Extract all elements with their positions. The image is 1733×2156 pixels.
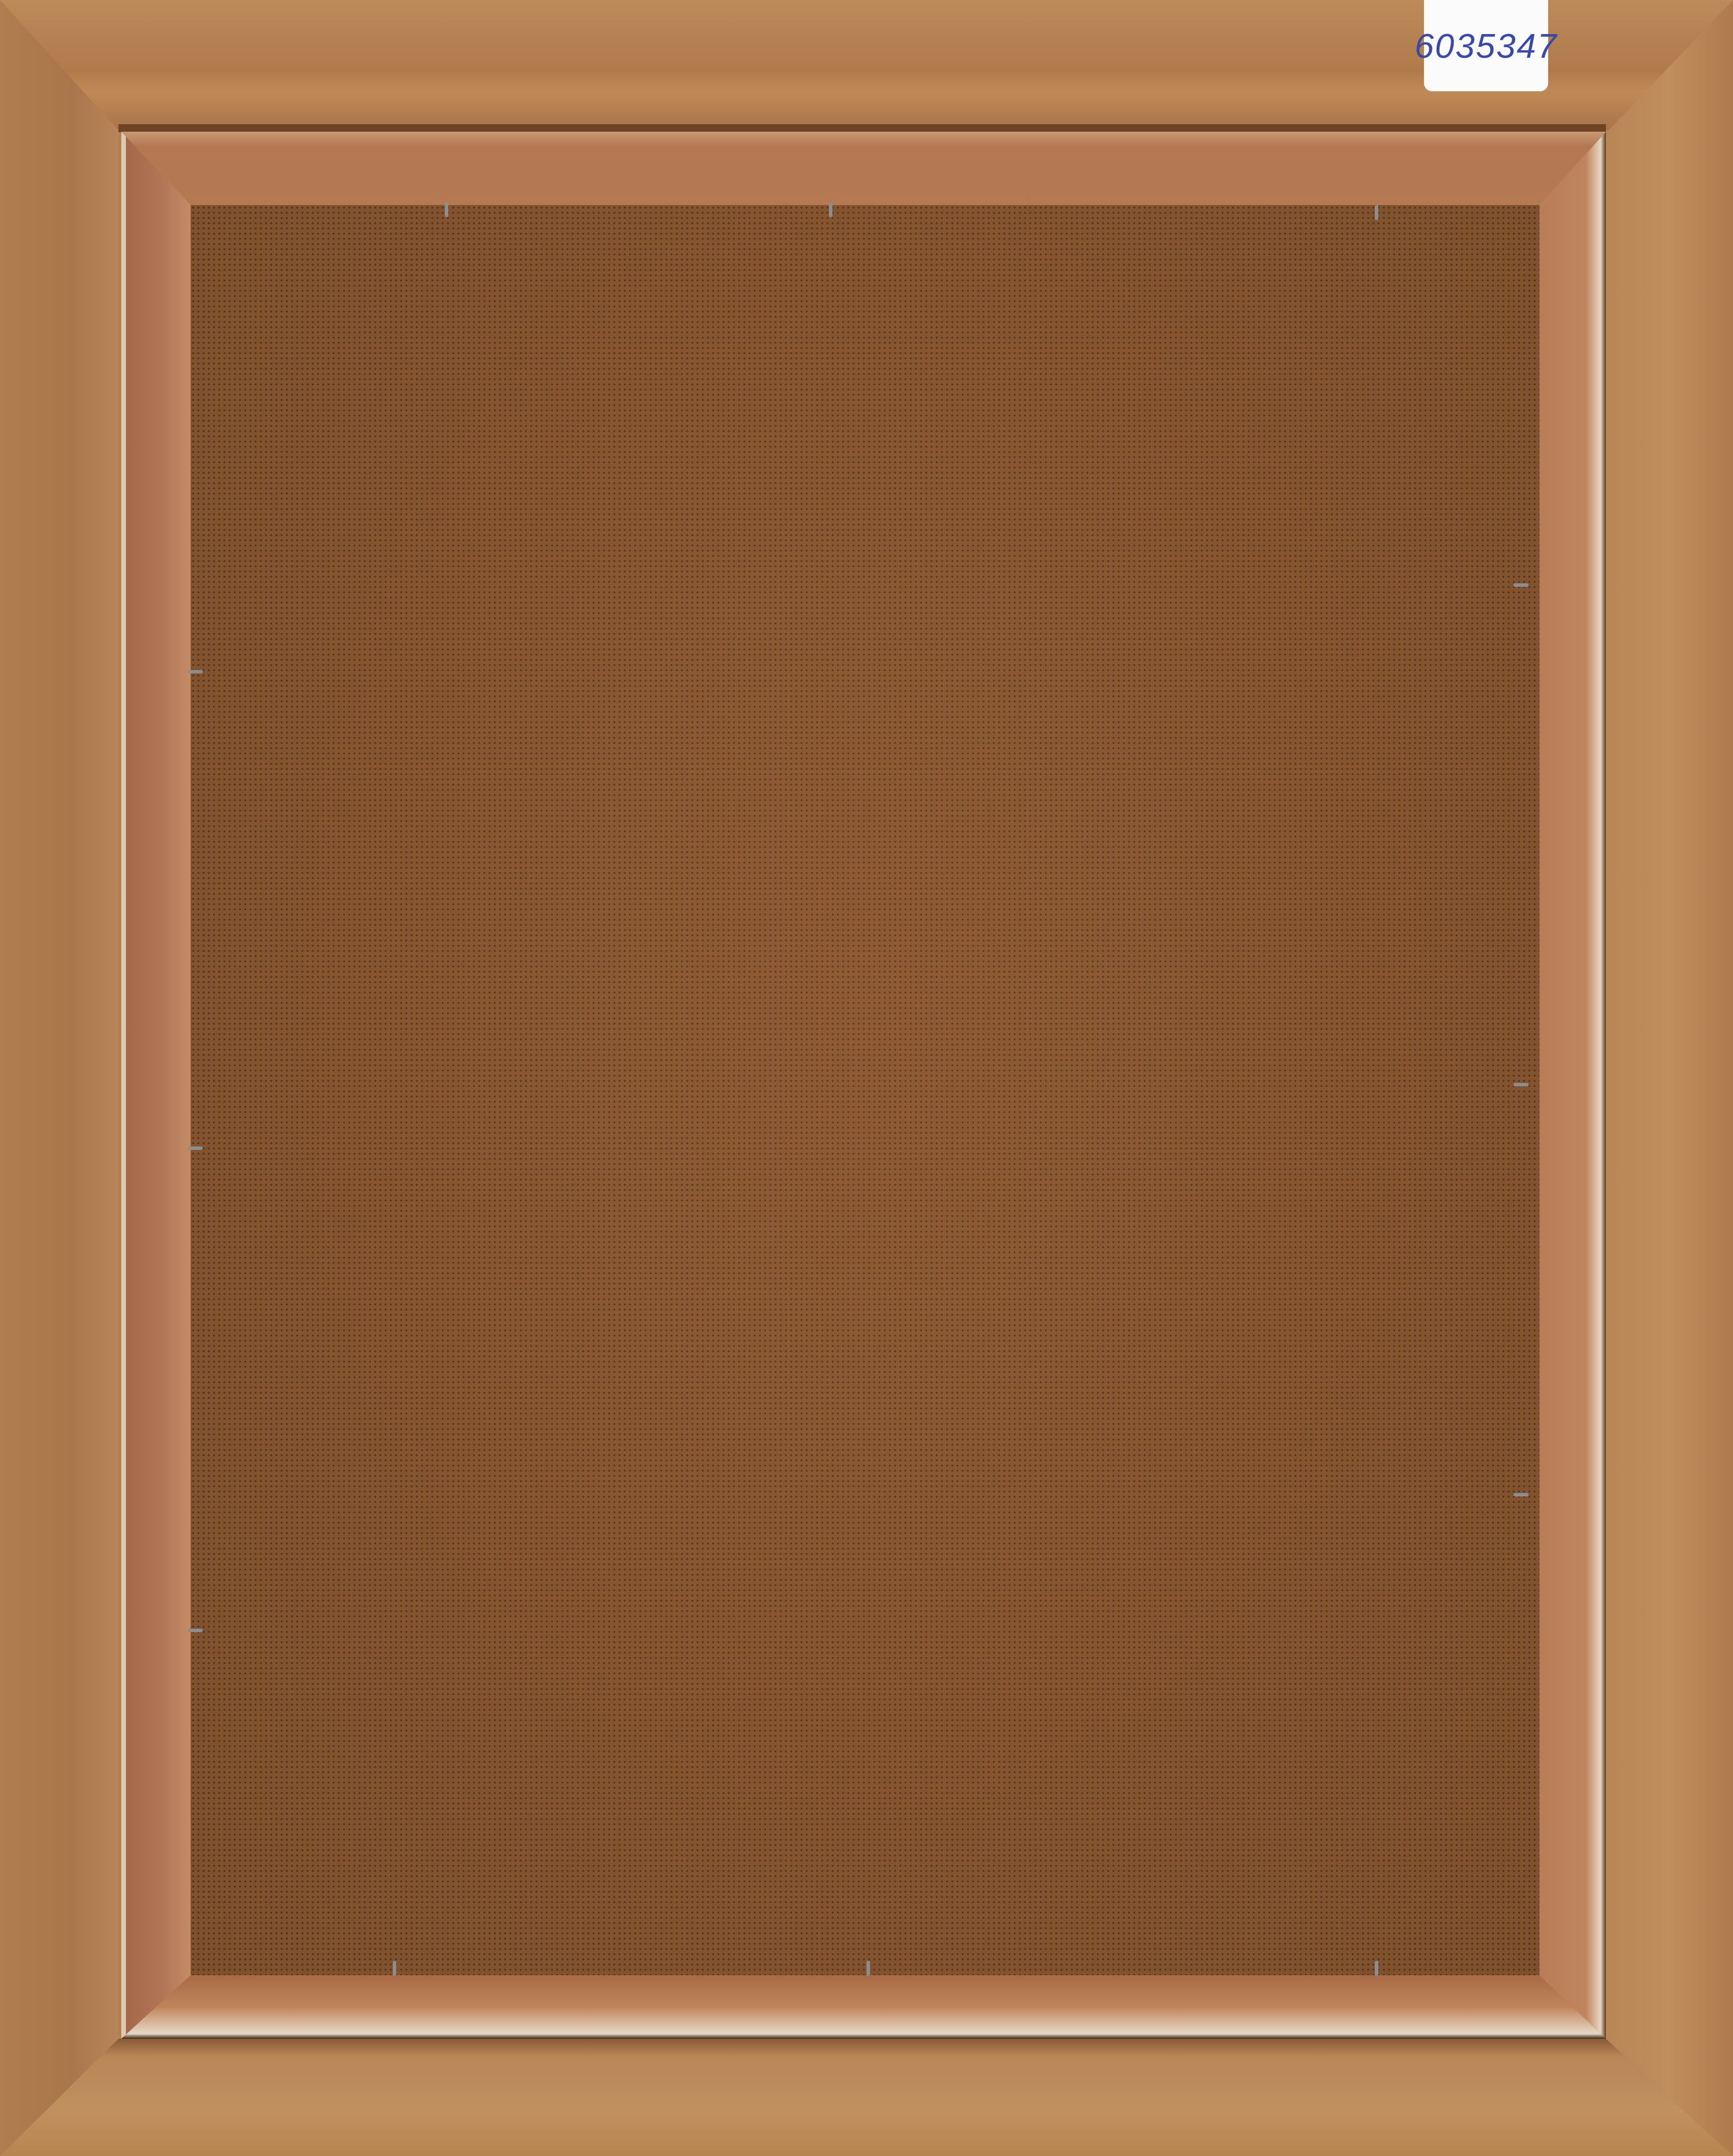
nail-icon <box>188 670 203 673</box>
inner-frame-bottom <box>121 1975 1606 2039</box>
nail-icon <box>188 1146 203 1150</box>
inner-frame-top <box>121 132 1606 205</box>
inner-frame-left <box>121 132 191 2039</box>
inventory-number: 6035347 <box>1415 26 1558 66</box>
nail-icon <box>1513 1083 1529 1086</box>
nail-icon <box>188 1629 203 1632</box>
frame-gap-shadow <box>118 124 1606 132</box>
nail-icon <box>393 1961 396 1976</box>
inventory-label: 6035347 <box>1424 0 1548 91</box>
nail-icon <box>1375 1961 1378 1976</box>
nail-icon <box>866 1961 870 1976</box>
outer-frame-bottom <box>0 2039 1733 2156</box>
nail-icon <box>829 202 832 217</box>
backing-board-shading <box>191 205 1539 1975</box>
inner-frame-right <box>1539 132 1606 2039</box>
outer-frame-right <box>1606 0 1733 2156</box>
nail-icon <box>1513 583 1529 587</box>
nail-icon <box>445 202 448 217</box>
nail-icon <box>1513 1493 1529 1496</box>
nail-icon <box>1375 205 1378 220</box>
outer-frame-left <box>0 0 118 2156</box>
